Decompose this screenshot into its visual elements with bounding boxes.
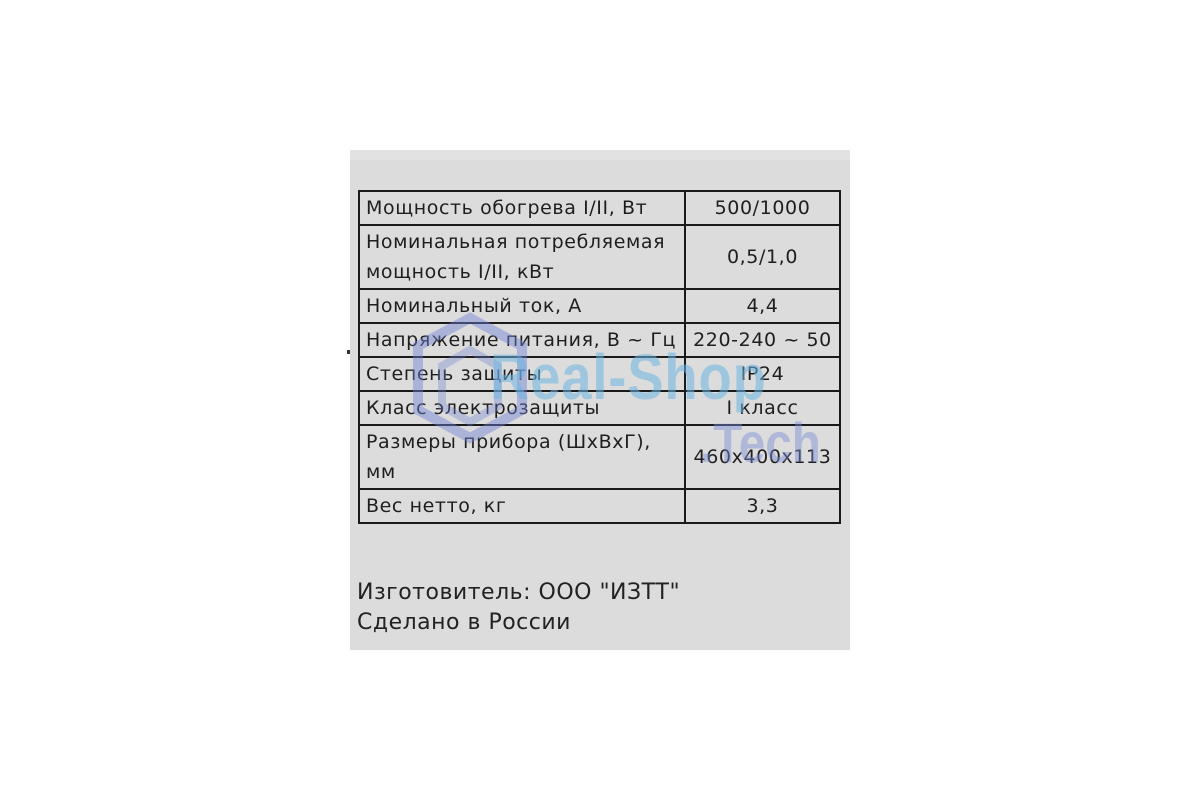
table-row: Вес нетто, кг 3,3 (359, 489, 840, 523)
spec-label: Вес нетто, кг (359, 489, 685, 523)
photo-top-band (350, 150, 850, 160)
spec-label: Номинальная потребляемая мощность I/II, … (359, 225, 685, 289)
table-row: Номинальный ток, А 4,4 (359, 289, 840, 323)
spec-value: IP24 (685, 357, 840, 391)
table-row: Номинальная потребляемая мощность I/II, … (359, 225, 840, 289)
table-row: Напряжение питания, В ~ Гц 220-240 ~ 50 (359, 323, 840, 357)
spec-value: 460x400x113 (685, 425, 840, 489)
spec-label: Размеры прибора (ШxВxГ), мм (359, 425, 685, 489)
spec-table: Мощность обогрева I/II, Вт 500/1000 Номи… (358, 190, 841, 524)
origin-text: Сделано в России (357, 608, 680, 638)
spec-value: 220-240 ~ 50 (685, 323, 840, 357)
spec-label: Номинальный ток, А (359, 289, 685, 323)
spec-label: Напряжение питания, В ~ Гц (359, 323, 685, 357)
table-row: Класс электрозащиты I класс (359, 391, 840, 425)
manufacturer-info: Изготовитель: ООО "ИЗТТ" Сделано в Росси… (357, 578, 680, 638)
spec-value: I класс (685, 391, 840, 425)
spec-label: Класс электрозащиты (359, 391, 685, 425)
edge-mark (347, 350, 350, 354)
spec-value: 3,3 (685, 489, 840, 523)
manufacturer-text: Изготовитель: ООО "ИЗТТ" (357, 578, 680, 608)
table-row: Размеры прибора (ШxВxГ), мм 460x400x113 (359, 425, 840, 489)
table-row: Степень защиты IP24 (359, 357, 840, 391)
table-row: Мощность обогрева I/II, Вт 500/1000 (359, 191, 840, 225)
spec-value: 0,5/1,0 (685, 225, 840, 289)
spec-label: Мощность обогрева I/II, Вт (359, 191, 685, 225)
spec-label: Степень защиты (359, 357, 685, 391)
spec-value: 500/1000 (685, 191, 840, 225)
spec-value: 4,4 (685, 289, 840, 323)
